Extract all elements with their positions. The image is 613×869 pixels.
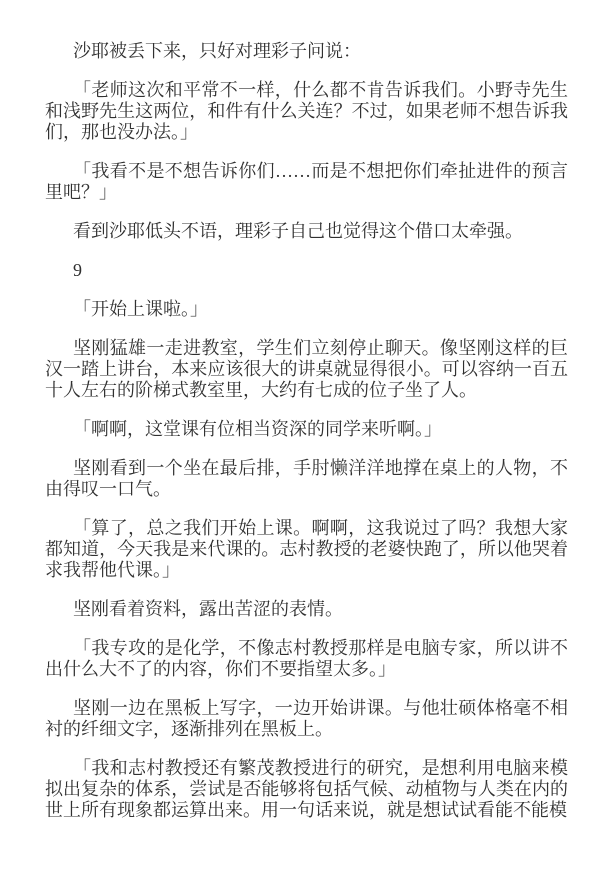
paragraph-narration: 看到沙耶低头不语，理彩子自己也觉得这个借口太牵强。 — [45, 221, 568, 242]
paragraph-dialogue: 「啊啊，这堂课有位相当资深的同学来听啊。」 — [45, 419, 568, 440]
paragraph-narration: 坚刚看到一个坐在最后排，手肘懒洋洋地撑在桌上的人物，不由得叹一口气。 — [45, 458, 568, 500]
section-number: 9 — [45, 260, 568, 281]
paragraph-dialogue: 「我专攻的是化学，不像志村教授那样是电脑专家，所以讲不出什么大不了的内容，你们不… — [45, 638, 568, 680]
paragraph-dialogue: 「开始上课啦。」 — [45, 299, 568, 320]
paragraph-narration: 沙耶被丢下来，只好对理彩子问说： — [45, 41, 568, 62]
paragraph-narration: 坚刚猛雄一走进教室，学生们立刻停止聊天。像坚刚这样的巨汉一踏上讲台，本来应该很大… — [45, 338, 568, 401]
paragraph-dialogue: 「老师这次和平常不一样，什么都不肯告诉我们。小野寺先生和浅野先生这两位，和件有什… — [45, 80, 568, 143]
paragraph-dialogue: 「我和志村教授还有繁茂教授进行的研究，是想利用电脑来模拟出复杂的体系，尝试是否能… — [45, 758, 568, 821]
novel-page: 沙耶被丢下来，只好对理彩子问说： 「老师这次和平常不一样，什么都不肯告诉我们。小… — [0, 0, 613, 869]
paragraph-narration: 坚刚一边在黑板上写字，一边开始讲课。与他壮硕体格毫不相衬的纤细文字，逐渐排列在黑… — [45, 698, 568, 740]
paragraph-narration: 坚刚看着资料，露出苦涩的表情。 — [45, 599, 568, 620]
paragraph-dialogue: 「算了，总之我们开始上课。啊啊，这我说过了吗？我想大家都知道，今天我是来代课的。… — [45, 518, 568, 581]
paragraph-dialogue: 「我看不是不想告诉你们……而是不想把你们牵扯进件的预言里吧？」 — [45, 161, 568, 203]
